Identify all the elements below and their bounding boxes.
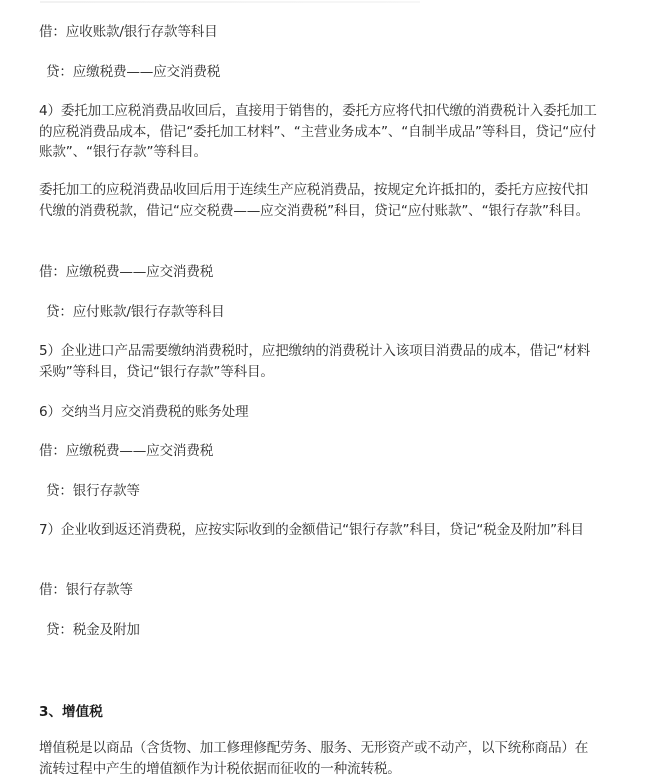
paragraph-item-6: 6）交纳当月应交消费税的账务处理 <box>39 402 599 423</box>
debit-entry: 借：应缴税费——应交消费税 <box>39 262 599 283</box>
paragraph-item-5: 5）企业进口产品需要缴纳消费税时，应把缴纳的消费税计入该项目消费品的成本，借记“… <box>39 341 599 382</box>
section-heading-vat: 3、增值税 <box>39 700 103 720</box>
credit-entry: 贷：应缴税费——应交消费税 <box>46 62 606 83</box>
paragraph-item-4-continued: 委托加工的应税消费品收回后用于连续生产应税消费品，按规定允许抵扣的，委托方应按代… <box>39 180 599 221</box>
debit-entry: 借：应收账款/银行存款等科目 <box>39 22 599 43</box>
paragraph-vat-definition: 增值税是以商品（含货物、加工修理修配劳务、服务、无形资产或不动产，以下统称商品）… <box>39 738 599 779</box>
paragraph-item-7: 7）企业收到返还消费税，应按实际收到的金额借记“银行存款”科目，贷记“税金及附加… <box>39 520 599 541</box>
debit-entry: 借：应缴税费——应交消费税 <box>39 441 599 462</box>
credit-entry: 贷：税金及附加 <box>46 620 606 641</box>
credit-entry: 贷：应付账款/银行存款等科目 <box>46 302 606 323</box>
credit-entry: 贷：银行存款等 <box>46 481 606 502</box>
top-divider <box>40 1 420 3</box>
debit-entry: 借：银行存款等 <box>39 580 599 601</box>
paragraph-item-4: 4）委托加工应税消费品收回后，直接用于销售的，委托方应将代扣代缴的消费税计入委托… <box>39 101 599 163</box>
